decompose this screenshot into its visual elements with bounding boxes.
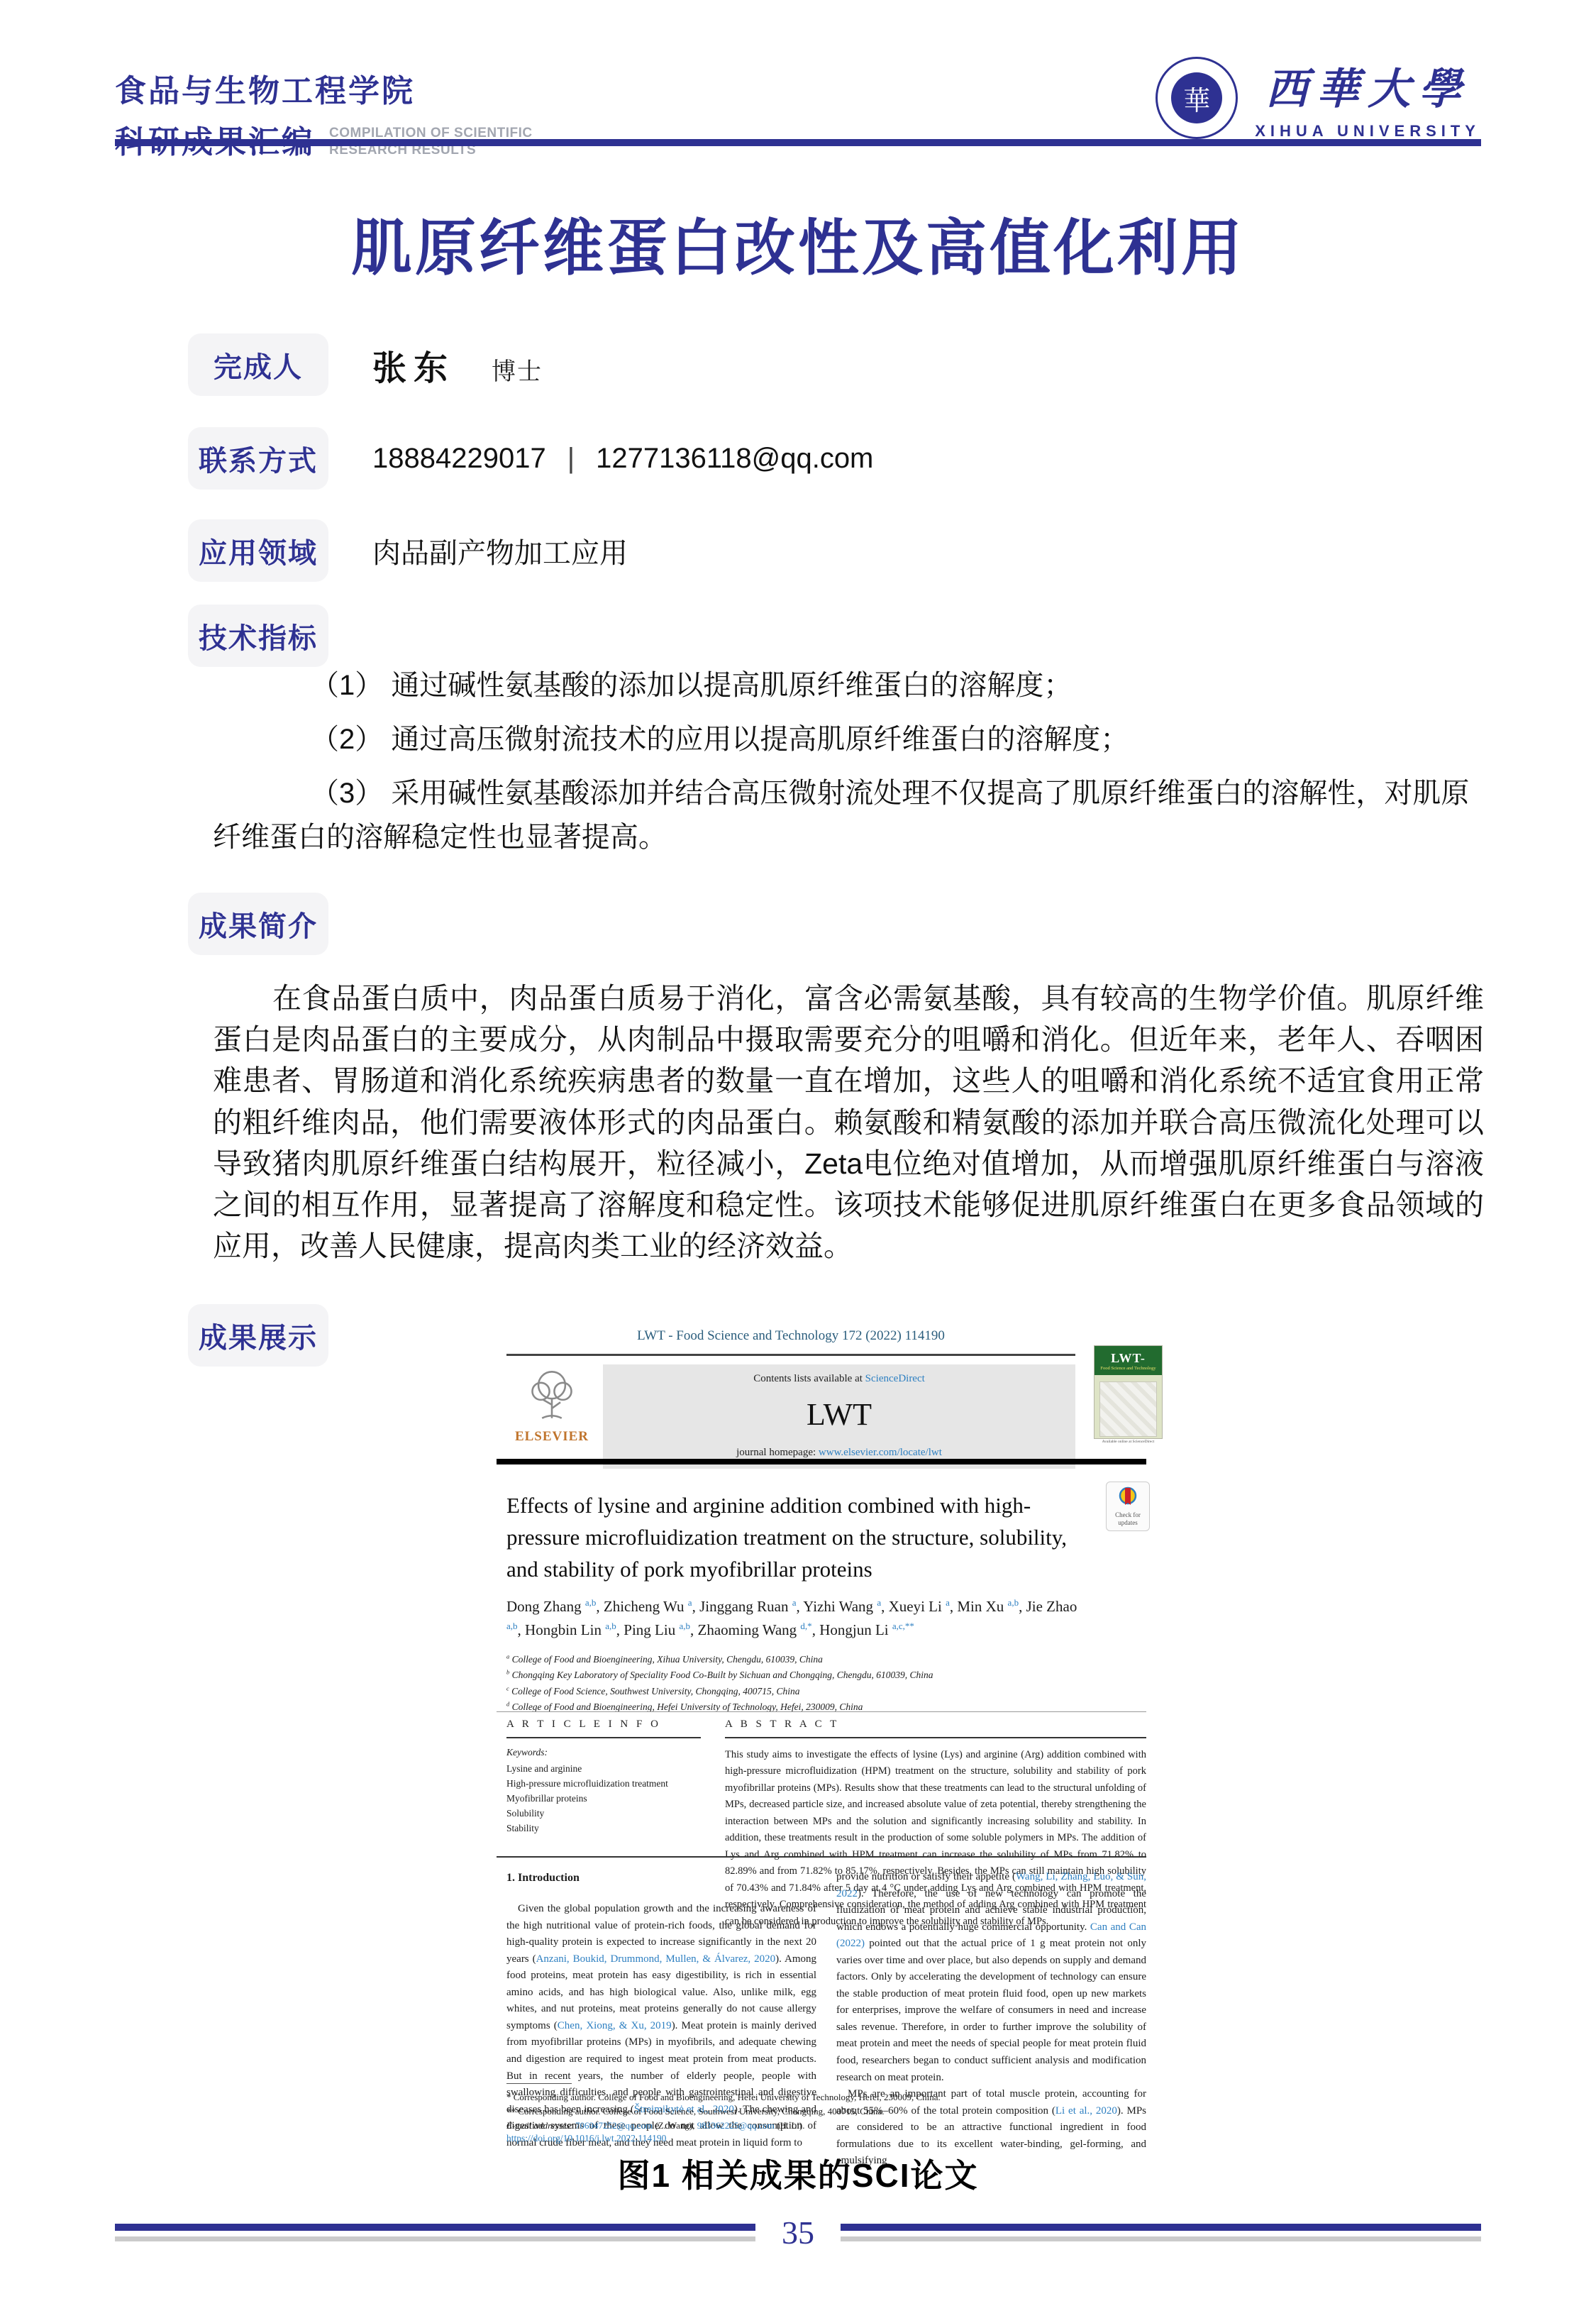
row-display: 成果展示 xyxy=(188,1304,328,1367)
cover-footer: Available online at ScienceDirect xyxy=(1095,1440,1162,1444)
row-tech: 技术指标 xyxy=(188,605,328,667)
elsevier-tree-icon xyxy=(521,1364,582,1425)
sci-paper-figure: LWT - Food Science and Technology 172 (2… xyxy=(497,1317,1167,2144)
footnote-rule xyxy=(506,2083,572,2084)
row-contact: 联系方式 18884229017 | 1277136118@qq.com xyxy=(188,427,873,490)
cover-title: LWT- xyxy=(1096,1351,1160,1366)
abstract-heading: A B S T R A C T xyxy=(725,1719,1146,1731)
affiliation-divider xyxy=(497,1711,1146,1712)
elsevier-logo: ELSEVIER xyxy=(506,1364,597,1469)
row-person: 完成人 张东 博士 xyxy=(188,333,543,396)
paper-affiliations: a College of Food and Bioengineering, Xi… xyxy=(506,1652,1095,1715)
tech-indicator-list: （1） 通过碱性氨基酸的添加以提高肌原纤维蛋白的溶解度； （2） 通过高压微射流… xyxy=(213,663,1490,869)
journal-header: ELSEVIER Contents lists available at Sci… xyxy=(506,1354,1075,1469)
contact-divider: | xyxy=(567,443,575,475)
header-divider xyxy=(115,139,1481,146)
header-thick-rule xyxy=(497,1459,1146,1464)
article-info-rule xyxy=(506,1737,701,1738)
display-label-badge: 成果展示 xyxy=(188,1304,328,1367)
contact-label-badge: 联系方式 xyxy=(188,427,328,490)
person-label-badge: 完成人 xyxy=(188,333,328,396)
paper-title: Effects of lysine and arginine addition … xyxy=(506,1490,1067,1586)
journal-contents-box: Contents lists available at ScienceDirec… xyxy=(603,1364,1075,1469)
keywords-label: Keywords: xyxy=(506,1747,701,1758)
person-name: 张东 xyxy=(372,341,455,390)
page-footer: 35 xyxy=(115,2214,1481,2263)
journal-cover-thumbnail: LWT- Food Science and Technology Availab… xyxy=(1094,1345,1163,1439)
figure-caption: 图1 相关成果的SCI论文 xyxy=(0,2150,1596,2197)
paper-footnotes: * Corresponding author. College of Food … xyxy=(506,2083,968,2133)
abstract-rule xyxy=(725,1737,1146,1738)
cover-subtitle: Food Science and Technology xyxy=(1096,1366,1160,1371)
summary-paragraph: 在食品蛋白质中，肉品蛋白质易于消化，富含必需氨基酸，具有较高的生物学价值。肌原纤… xyxy=(213,978,1484,1267)
cover-art xyxy=(1099,1381,1157,1437)
journal-citation: LWT - Food Science and Technology 172 (2… xyxy=(497,1328,1085,1344)
footnote-lines: * Corresponding author. College of Food … xyxy=(506,2090,968,2133)
intro-heading: 1. Introduction xyxy=(506,1869,816,1887)
row-summary: 成果简介 xyxy=(188,893,328,955)
summary-label-badge: 成果简介 xyxy=(188,893,328,955)
journal-name: LWT xyxy=(613,1396,1065,1433)
tech-label-badge: 技术指标 xyxy=(188,605,328,667)
tech-item-2: （2） 通过高压微射流技术的应用以提高肌原纤维蛋白的溶解度； xyxy=(213,717,1490,761)
tech-item-3: （3） 采用碱性氨基酸添加并结合高压微射流处理不仅提高了肌原纤维蛋白的溶解性，对… xyxy=(213,771,1490,859)
university-seal-icon: 華 xyxy=(1156,57,1238,139)
elsevier-wordmark: ELSEVIER xyxy=(506,1429,597,1445)
contact-email: 1277136118@qq.com xyxy=(596,443,873,475)
field-label-badge: 应用领域 xyxy=(188,519,328,582)
org-name: 食品与生物工程学院 xyxy=(115,65,533,111)
keywords-list: Lysine and arginineHigh-pressure microfl… xyxy=(506,1762,701,1836)
contact-phone: 18884229017 xyxy=(372,443,546,475)
check-for-updates-badge[interactable]: Check for updates xyxy=(1106,1482,1150,1531)
page-title: 肌原纤维蛋白改性及高值化利用 xyxy=(0,199,1596,287)
university-logo: 華 西華大學 XIHUA UNIVERSITY xyxy=(1156,55,1480,140)
field-value: 肉品副产物加工应用 xyxy=(372,531,628,571)
university-name-cn: 西華大學 xyxy=(1255,55,1480,116)
article-info-heading: A R T I C L E I N F O xyxy=(506,1719,701,1731)
tech-item-1: （1） 通过碱性氨基酸的添加以提高肌原纤维蛋白的溶解度； xyxy=(213,663,1490,707)
homepage-line[interactable]: journal homepage: www.elsevier.com/locat… xyxy=(613,1447,1065,1459)
document-page: 食品与生物工程学院 科研成果汇编 COMPILATION OF SCIENTIF… xyxy=(0,0,1596,2306)
article-info-column: A R T I C L E I N F O Keywords: Lysine a… xyxy=(506,1719,701,1836)
abstract-bottom-rule xyxy=(497,1856,1146,1858)
person-degree: 博士 xyxy=(492,352,543,387)
intro-right-paragraph-1: provide nutrition or satisfy their appet… xyxy=(836,1869,1146,2086)
university-name-en: XIHUA UNIVERSITY xyxy=(1255,122,1480,140)
paper-authors: Dong Zhang a,b, Zhicheng Wu a, Jinggang … xyxy=(506,1595,1081,1641)
org-logo: 食品与生物工程学院 科研成果汇编 COMPILATION OF SCIENTIF… xyxy=(115,65,533,162)
contents-line[interactable]: Contents lists available at ScienceDirec… xyxy=(613,1373,1065,1385)
page-number: 35 xyxy=(115,2214,1481,2251)
row-field: 应用领域 肉品副产物加工应用 xyxy=(188,519,628,582)
check-updates-icon xyxy=(1119,1486,1137,1508)
doi-link[interactable]: https://doi.org/10.1016/j.lwt.2022.11419… xyxy=(506,2133,666,2144)
